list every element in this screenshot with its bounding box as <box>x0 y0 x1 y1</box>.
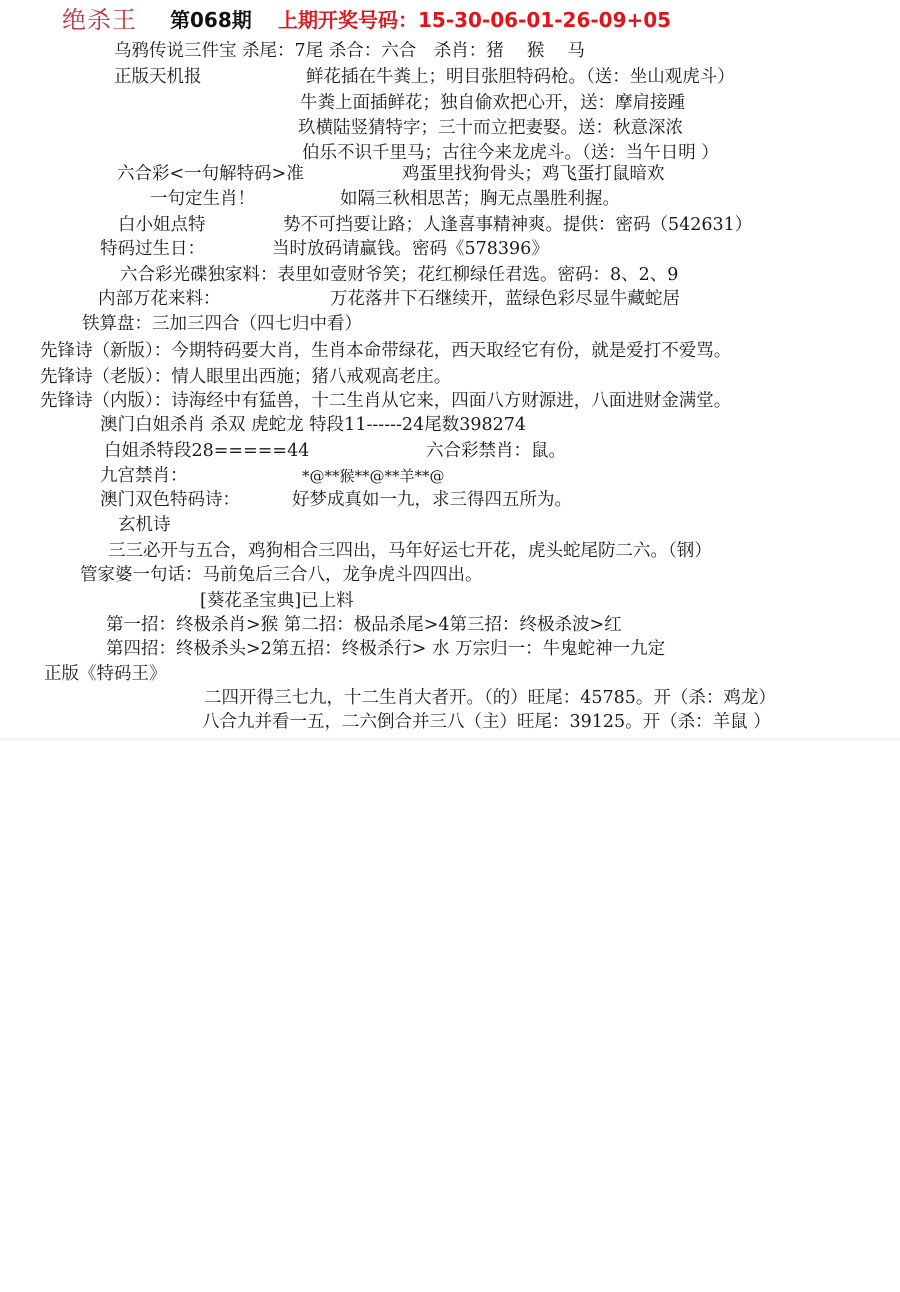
last-result-numbers: 15-30-06-01-26-09+05 <box>418 8 671 32</box>
line-text: 势不可挡要让路；人逢喜事精神爽。提供：密码（542631） <box>283 214 752 236</box>
line-text: 铁算盘：三加三四合（四七归中看） <box>82 313 362 335</box>
line-text: 第四招：终极杀头>2第五招：终极杀行> 水 万宗归一：牛鬼蛇神一九定 <box>106 638 665 660</box>
last-result: 上期开奖号码：15-30-06-01-26-09+05 <box>278 4 671 33</box>
line-text: 如隔三秋相思苦；胸无点墨胜利握。 <box>340 188 620 210</box>
line-label: 正版天机报 <box>114 66 202 88</box>
section-heading: 玄机诗 <box>118 514 171 536</box>
line-label: 白小姐点特 <box>118 214 206 236</box>
line-text: 先锋诗（内版）：诗海经中有猛兽，十二生肖从它来，四面八方财源进，八面进财金满堂。 <box>40 390 731 412</box>
line-text: 伯乐不识千里马；古往今来龙虎斗。（送：当午日明 ） <box>302 142 719 164</box>
line-text: 六合彩禁肖：鼠。 <box>426 440 566 462</box>
line-text: 澳门白姐杀肖 杀双 虎蛇龙 特段11------24尾数398274 <box>100 414 526 436</box>
line-text: 第一招：终极杀肖>猴 第二招：极品杀尾>4第三招：终极杀波>红 <box>106 614 622 636</box>
line-label: 白姐杀特段28=====44 <box>104 440 309 462</box>
line-text: 好梦成真如一九，求三得四五所为。 <box>292 489 572 511</box>
line-text: 牛粪上面插鲜花；独自偷欢把心开，送：摩肩接踵 <box>300 92 685 114</box>
line-text: 玖横陆竖猜特字；三十而立把妻娶。送：秋意深浓 <box>298 117 683 139</box>
line-text: 二四开得三七九，十二生肖大者开。（的）旺尾：45785。开（杀：鸡龙） <box>204 687 776 709</box>
line-text: 先锋诗（新版）：今期特码要大肖，生肖本命带绿花，西天取经它有份，就是爱打不爱骂。 <box>40 340 731 362</box>
last-result-label: 上期开奖号码： <box>278 8 418 32</box>
line-text: *@**猴**@**羊**@ <box>302 465 445 487</box>
line-label: 特码过生日： <box>100 238 205 260</box>
line-text: 鸡蛋里找狗骨头；鸡飞蛋打鼠暗欢 <box>402 163 665 185</box>
line-label: 内部万花来料： <box>98 288 221 310</box>
line-text: 当时放码请赢钱。密码《578396》 <box>272 238 549 260</box>
line-text: 八合九并看一五，二六倒合并三八（主）旺尾：39125。开（杀：羊鼠 ） <box>202 711 771 733</box>
line-text: 六合彩光碟独家料：表里如壹财爷笑；花红柳绿任君选。密码：8、2、9 <box>120 264 678 286</box>
line-text: 万花落井下石继续开，蓝绿色彩尽显牛藏蛇居 <box>330 288 680 310</box>
line-label: 六合彩<一句解特码>准 <box>117 163 304 185</box>
issue-number: 第068期 <box>170 4 252 33</box>
line-text: 鲜花插在牛粪上；明目张胆特码枪。（送：坐山观虎斗） <box>306 66 735 88</box>
line-label: 澳门双色特码诗： <box>100 489 240 511</box>
line-text: 三三必开与五合，鸡狗相合三四出，马年好运七开花，虎头蛇尾防二六。（钢） <box>108 540 712 562</box>
line-text: 管家婆一句话：马前兔后三合八，龙争虎斗四四出。 <box>80 564 483 586</box>
line-text: 先锋诗（老版）：情人眼里出西施；猪八戒观高老庄。 <box>40 366 451 388</box>
page-edge-divider <box>0 738 900 742</box>
brand-title: 绝杀王 <box>62 0 137 35</box>
section-heading: [葵花圣宝典]已上料 <box>200 590 354 612</box>
line-kill-info: 乌鸦传说三件宝 杀尾：7尾 杀合：六合 杀肖：猪 猴 马 <box>114 40 585 62</box>
section-heading: 正版《特码王》 <box>44 663 167 685</box>
line-label: 九宫禁肖： <box>100 465 188 487</box>
document-page: 绝杀王 第068期 上期开奖号码：15-30-06-01-26-09+05 乌鸦… <box>0 0 900 740</box>
line-label: 一句定生肖！ <box>150 188 255 210</box>
